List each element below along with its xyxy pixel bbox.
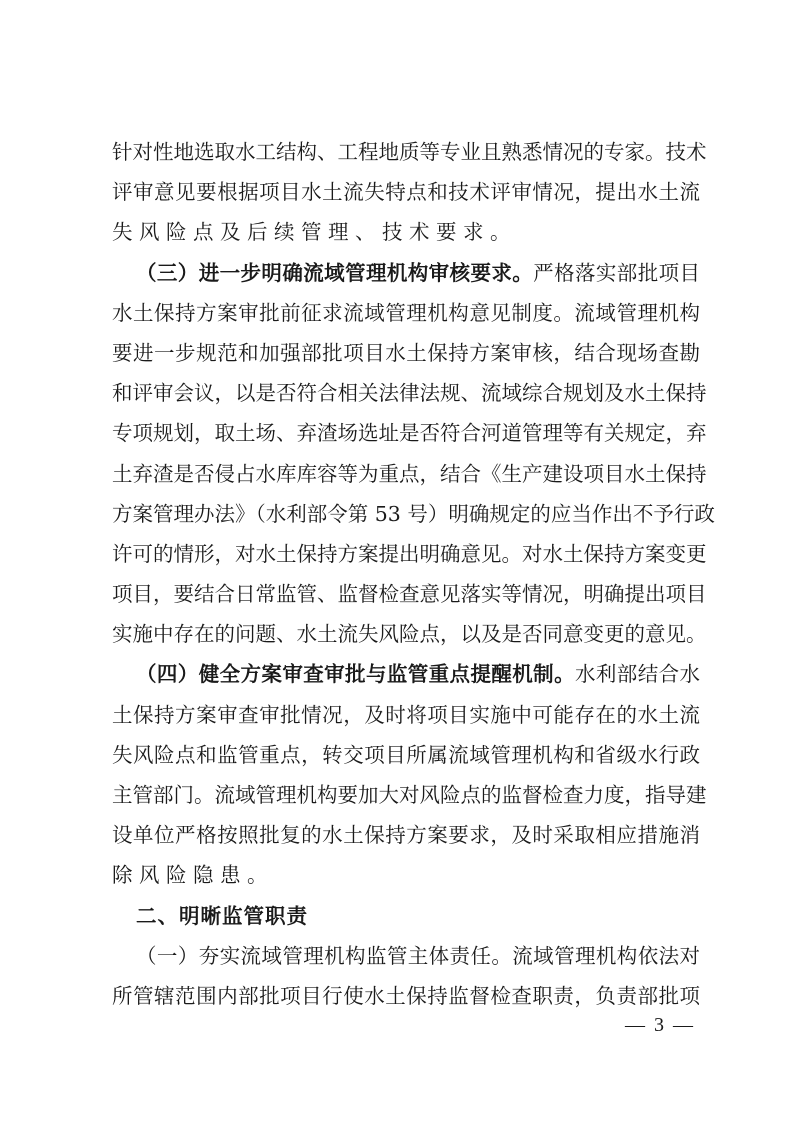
paragraph-line: 实施中存在的问题、水土流失风险点，以及是否同意变更的意见。 [112,614,700,654]
subsection-3-line: （三）进一步明确流域管理机构审核要求。严格落实部批项目 [112,253,700,293]
paragraph-line: 主管部门。流域管理机构要加大对风险点的监督检查力度，指导建 [112,775,700,815]
paragraph-line: 要进一步规范和加强部批项目水土保持方案审核，结合现场查勘 [112,333,700,373]
paragraph-line: 许可的情形，对水土保持方案提出明确意见。对水土保持方案变更 [112,534,700,574]
paragraph-line: 所管辖范围内部批项目行使水土保持监督检查职责，负责部批项 [112,976,700,1016]
subsection-3-heading: （三）进一步明确流域管理机构审核要求。 [136,261,533,285]
subsection-1-line: （一）夯实流域管理机构监管主体责任。流域管理机构依法对 [112,936,700,976]
page-number: — 3 — [610,1014,710,1037]
paragraph-line: 土弃渣是否侵占水库库容等为重点，结合《生产建设项目水土保持 [112,454,700,494]
subsection-1-heading: （一）夯实流域管理机构监管主体责任。 [136,944,512,968]
document-page: 针对性地选取水工结构、工程地质等专业且熟悉情况的专家。技术 评审意见要根据项目水… [0,0,800,1136]
section-heading: 二、明晰监管职责 [112,896,700,936]
paragraph-line: 失风险点和监管重点，转交项目所属流域管理机构和省级水行政 [112,735,700,775]
paragraph-line: 针对性地选取水工结构、工程地质等专业且熟悉情况的专家。技术 [112,132,700,172]
paragraph-line: 专项规划，取土场、弃渣场选址是否符合河道管理等有关规定，弃 [112,413,700,453]
subsection-4-heading: （四）健全方案审查审批与监管重点提醒机制。 [136,662,575,686]
paragraph-line: 项目，要结合日常监管、监督检查意见落实等情况，明确提出项目 [112,574,700,614]
paragraph-line: 设单位严格按照批复的水土保持方案要求，及时采取相应措施消 [112,815,700,855]
paragraph-line: 评审意见要根据项目水土流失特点和技术评审情况，提出水土流 [112,172,700,212]
subsection-1-text: 流域管理机构依法对 [512,944,700,968]
paragraph-line: 土保持方案审查审批情况，及时将项目实施中可能存在的水土流 [112,695,700,735]
paragraph-line: 水土保持方案审批前征求流域管理机构意见制度。流域管理机构 [112,293,700,333]
subsection-4-text: 水利部结合水 [575,662,700,686]
document-body: 针对性地选取水工结构、工程地质等专业且熟悉情况的专家。技术 评审意见要根据项目水… [112,132,700,1016]
paragraph-line: 除风险隐患。 [112,855,700,895]
paragraph-line: 方案管理办法》（水利部令第 53 号）明确规定的应当作出不予行政 [112,494,700,534]
paragraph-line: 和评审会议，以是否符合相关法律法规、流域综合规划及水土保持 [112,373,700,413]
subsection-3-text: 严格落实部批项目 [533,261,700,285]
paragraph-line: 失风险点及后续管理、技术要求。 [112,212,700,252]
subsection-4-line: （四）健全方案审查审批与监管重点提醒机制。水利部结合水 [112,654,700,694]
